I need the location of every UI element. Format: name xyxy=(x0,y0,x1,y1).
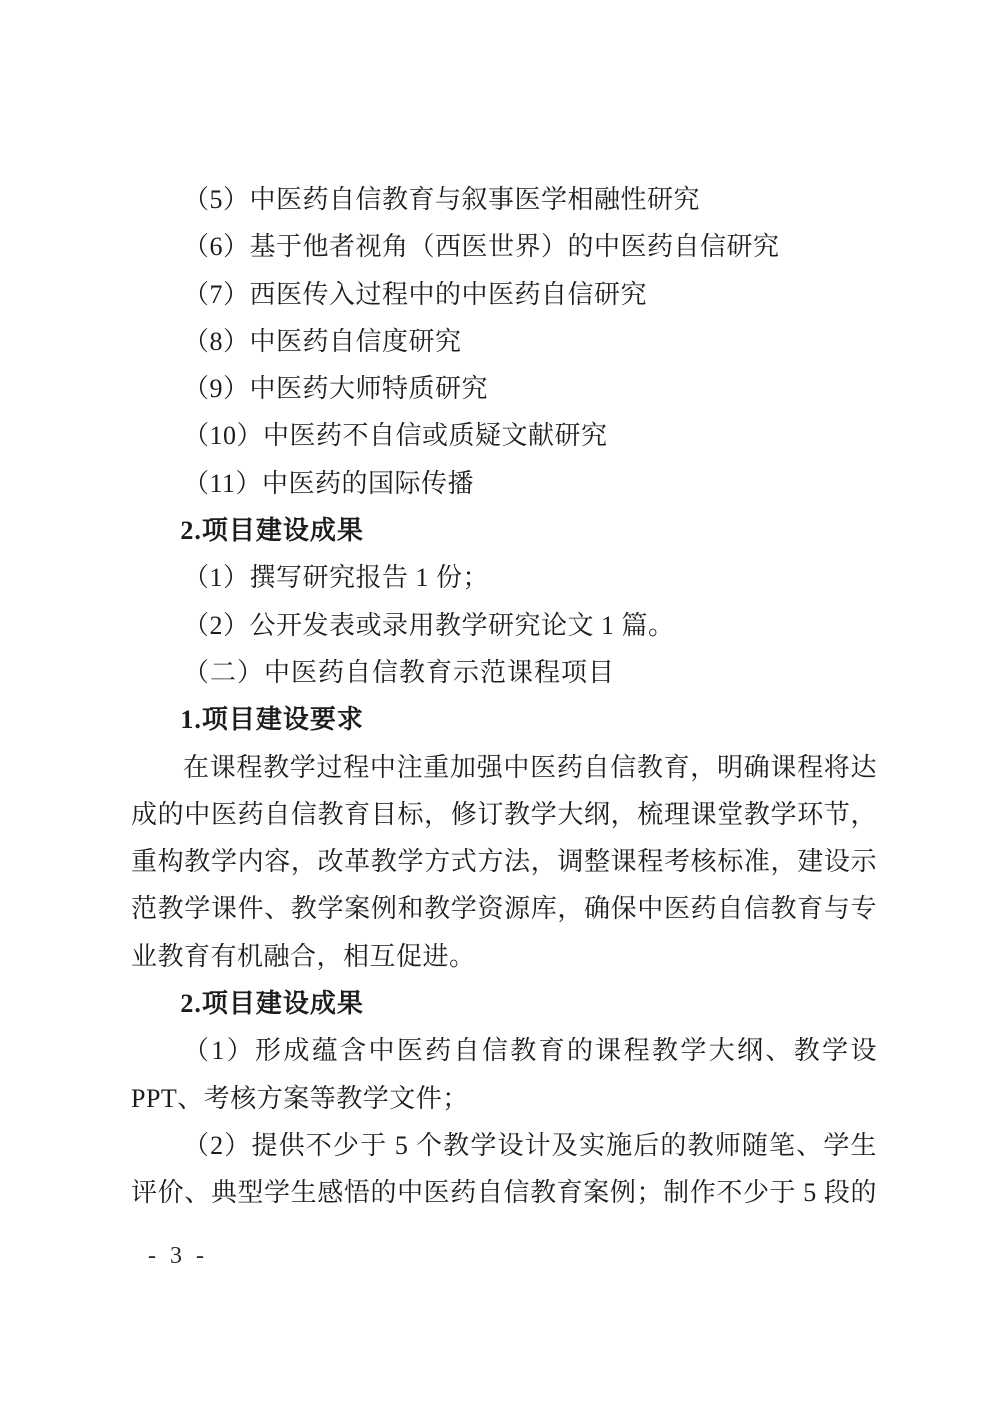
document-body: （5）中医药自信教育与叙事医学相融性研究 （6）基于他者视角（西医世界）的中医药… xyxy=(131,176,877,1217)
list-item: （10）中医药不自信或质疑文献研究 xyxy=(131,412,877,459)
paragraph-line: 范教学课件、教学案例和教学资源库，确保中医药自信教育与专 xyxy=(131,885,877,932)
paragraph-line: 在课程教学过程中注重加强中医药自信教育，明确课程将达 xyxy=(131,744,877,791)
section-heading: 2.项目建设成果 xyxy=(131,507,877,554)
paragraph-line: 重构教学内容，改革教学方式方法，调整课程考核标准，建设示 xyxy=(131,838,877,885)
list-item: （11）中医药的国际传播 xyxy=(131,460,877,507)
page-number: - 3 - xyxy=(148,1243,208,1270)
list-item: （2）公开发表或录用教学研究论文 1 篇。 xyxy=(131,602,877,649)
list-item: （8）中医药自信度研究 xyxy=(131,318,877,365)
list-item: （6）基于他者视角（西医世界）的中医药自信研究 xyxy=(131,223,877,270)
paragraph-line: 评价、典型学生感悟的中医药自信教育案例；制作不少于 5 段的 xyxy=(131,1169,877,1216)
paragraph-line: （2）提供不少于 5 个教学设计及实施后的教师随笔、学生 xyxy=(131,1122,877,1169)
section-heading: 2.项目建设成果 xyxy=(131,980,877,1027)
document-page: （5）中医药自信教育与叙事医学相融性研究 （6）基于他者视角（西医世界）的中医药… xyxy=(0,0,999,1413)
list-item: （9）中医药大师特质研究 xyxy=(131,365,877,412)
list-item: （7）西医传入过程中的中医药自信研究 xyxy=(131,271,877,318)
paragraph-line: PPT、考核方案等教学文件； xyxy=(131,1075,877,1122)
section-title: （二）中医药自信教育示范课程项目 xyxy=(131,649,877,696)
list-item: （5）中医药自信教育与叙事医学相融性研究 xyxy=(131,176,877,223)
paragraph-line: 业教育有机融合，相互促进。 xyxy=(131,933,877,980)
list-item: （1）撰写研究报告 1 份； xyxy=(131,554,877,601)
paragraph-line: 成的中医药自信教育目标，修订教学大纲，梳理课堂教学环节， xyxy=(131,791,877,838)
paragraph-line: （1）形成蕴含中医药自信教育的课程教学大纲、教学设计、 xyxy=(131,1027,877,1074)
section-heading: 1.项目建设要求 xyxy=(131,696,877,743)
